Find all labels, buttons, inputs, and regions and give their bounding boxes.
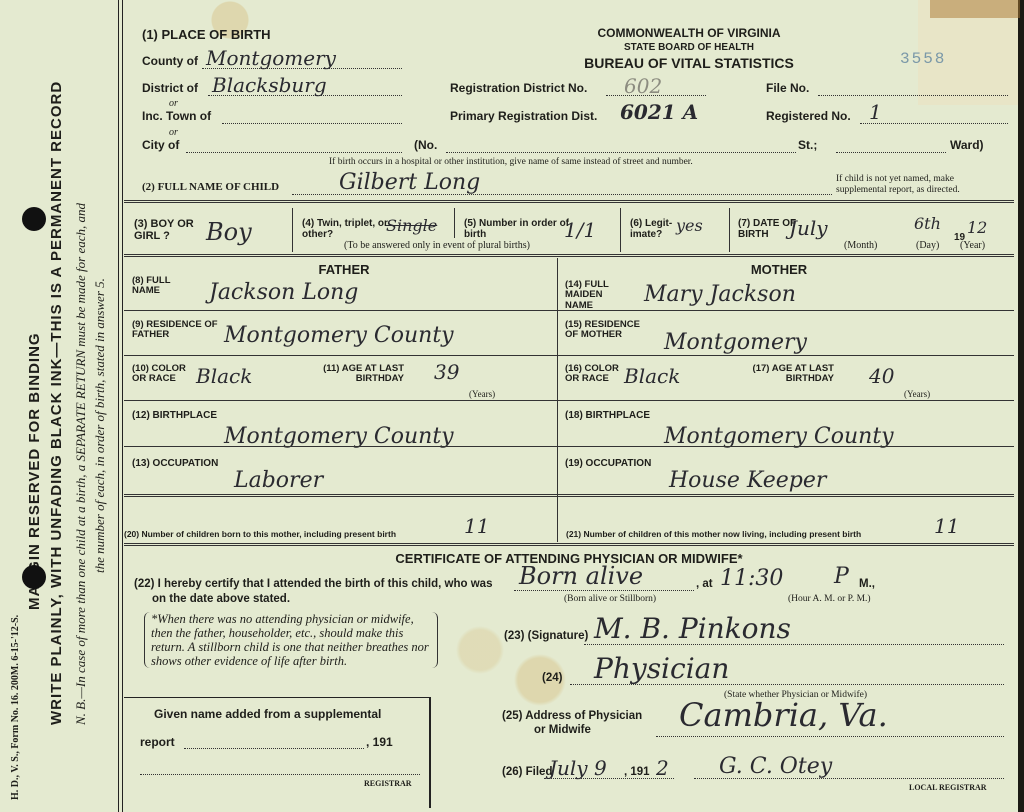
hospital-note: If birth occurs in a hospital or other i… [329,157,693,167]
child-name-value: Gilbert Long [339,170,480,195]
birth-status-value: Born alive [519,562,643,590]
district-value: Blacksburg [212,73,327,97]
nb-note-line2: the number of each, in order of birth, s… [92,278,108,573]
order-value: 1/1 [564,218,596,242]
binding-hole-icon [22,207,46,231]
physician-address-value: Cambria, Va. [679,696,888,734]
filed-date-value: July 9 [549,756,607,780]
dob-day-value: 6th [914,214,941,233]
nb-note-line1: N. B.—In case of more than one child at … [73,203,89,725]
binding-margin: H. D., V. S., Form No. 16. 200M. 6-15-'1… [0,0,120,812]
header-board: STATE BOARD OF HEALTH [564,42,814,53]
place-of-birth-title: (1) PLACE OF BIRTH [142,28,271,42]
children-living-value: 11 [934,514,959,538]
header-bureau: BUREAU OF VITAL STATISTICS [544,56,834,71]
inc-town-label: Inc. Town of [142,110,211,123]
am-pm-value: P [834,564,849,589]
twin-value: Single [386,216,437,235]
form-body: COMMONWEALTH OF VIRGINIA STATE BOARD OF … [124,0,1014,812]
attending-note: *When there was no attending physician o… [144,612,438,668]
dob-month-value: July [789,216,828,240]
county-label: County of [142,55,198,68]
binding-hole-icon [22,565,46,589]
children-born-value: 11 [464,514,489,538]
sex-value: Boy [206,218,252,246]
father-name-value: Jackson Long [209,280,358,305]
father-residence-value: Montgomery County [224,323,454,348]
father-color-value: Black [196,364,252,388]
supplemental-box: Given name added from a supplemental rep… [124,697,431,808]
birth-time-value: 11:30 [720,566,783,591]
header-commonwealth: COMMONWEALTH OF VIRGINIA [564,27,814,40]
mother-name-value: Mary Jackson [644,282,796,307]
form-id: H. D., V. S., Form No. 16. 200M. 6-15-'1… [10,615,21,800]
physician-role-value: Physician [594,652,729,685]
registration-district-value: 602 [624,74,662,98]
legitimate-value: yes [676,216,703,235]
physician-signature: M. B. Pinkons [594,612,791,645]
ink-notice: WRITE PLAINLY, WITH UNFADING BLACK INK—T… [48,81,65,725]
district-label: District of [142,82,198,95]
birth-certificate: 3558 H. D., V. S., Form No. 16. 200M. 6-… [0,0,1018,812]
city-label: City of [142,139,179,152]
registered-no-value: 1 [869,100,882,124]
mother-residence-value: Montgomery [664,330,807,355]
father-occupation-value: Laborer [234,468,323,493]
mother-color-value: Black [624,364,680,388]
mother-occupation-value: House Keeper [669,468,826,493]
mother-age-value: 40 [869,364,894,388]
county-value: Montgomery [206,46,336,70]
father-age-value: 39 [434,360,459,384]
primary-dist-value: 6021 A [620,100,698,124]
filed-year-value: 2 [656,756,669,780]
margin-rule [118,0,123,812]
dob-year-value: 12 [967,218,987,237]
registrar-signature: G. C. Otey [719,754,832,779]
